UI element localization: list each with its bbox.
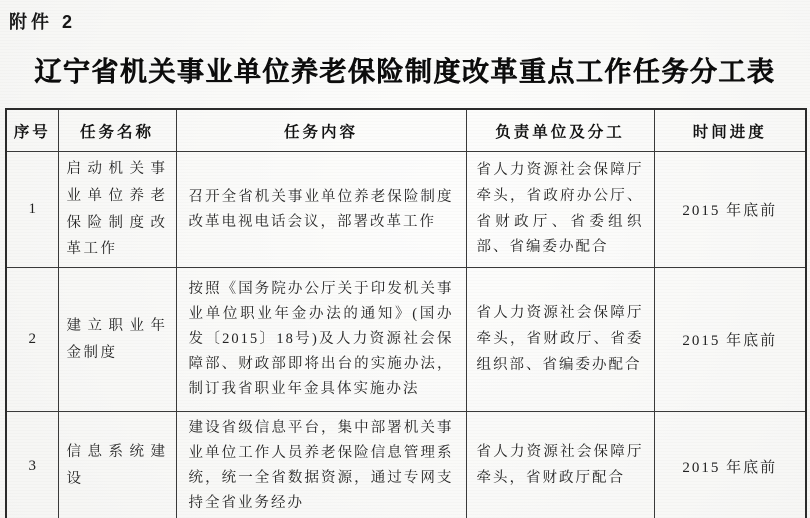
schedule-cell: 2015 年底前 [654,152,806,268]
header-cell-schedule: 时间进度 [654,109,806,152]
task-content-cell: 按照《国务院办公厅关于印发机关事业单位职业年金办法的通知》(国办发〔2015〕1… [176,268,466,412]
header-cell-task-name: 任务名称 [58,109,176,152]
row-index: 1 [6,152,58,268]
page-title: 辽宁省机关事业单位养老保险制度改革重点工作任务分工表 [0,50,810,89]
task-assignment-table: 序号 任务名称 任务内容 负责单位及分工 时间进度 1 启动机关事业单位养老保险… [5,108,807,518]
responsible-unit-cell: 省人力资源社会保障厅牵头，省财政厅、省委组织部、省编委办配合 [466,268,654,412]
schedule-cell: 2015 年底前 [654,268,806,412]
responsible-unit-cell: 省人力资源社会保障厅牵头，省财政厅配合 [466,412,654,518]
task-content-cell: 召开全省机关事业单位养老保险制度改革电视电话会议，部署改革工作 [176,152,466,268]
header-cell-responsible-unit: 负责单位及分工 [466,109,654,152]
header-cell-index: 序号 [6,109,58,152]
responsible-unit-cell: 省人力资源社会保障厅牵头，省政府办公厅、省财政厅、省委组织部、省编委办配合 [466,152,654,268]
row-index: 2 [6,268,58,412]
table-header-row: 序号 任务名称 任务内容 负责单位及分工 时间进度 [6,109,806,152]
schedule-cell: 2015 年底前 [654,412,806,518]
task-name-cell: 信息系统建设 [58,412,176,518]
attachment-label: 附件 2 [9,8,76,34]
scanned-document-page: 附件 2 辽宁省机关事业单位养老保险制度改革重点工作任务分工表 序号 任务名称 … [0,0,810,518]
task-name-cell: 启动机关事业单位养老保险制度改革工作 [58,152,176,268]
task-content-cell: 建设省级信息平台，集中部署机关事业单位工作人员养老保险信息管理系统，统一全省数据… [176,412,466,518]
table-row: 2 建立职业年金制度 按照《国务院办公厅关于印发机关事业单位职业年金办法的通知》… [6,268,806,412]
task-name-cell: 建立职业年金制度 [58,268,176,412]
table-row: 1 启动机关事业单位养老保险制度改革工作 召开全省机关事业单位养老保险制度改革电… [6,152,806,268]
header-cell-task-content: 任务内容 [176,109,466,152]
row-index: 3 [6,412,58,518]
table-row: 3 信息系统建设 建设省级信息平台，集中部署机关事业单位工作人员养老保险信息管理… [6,412,806,518]
